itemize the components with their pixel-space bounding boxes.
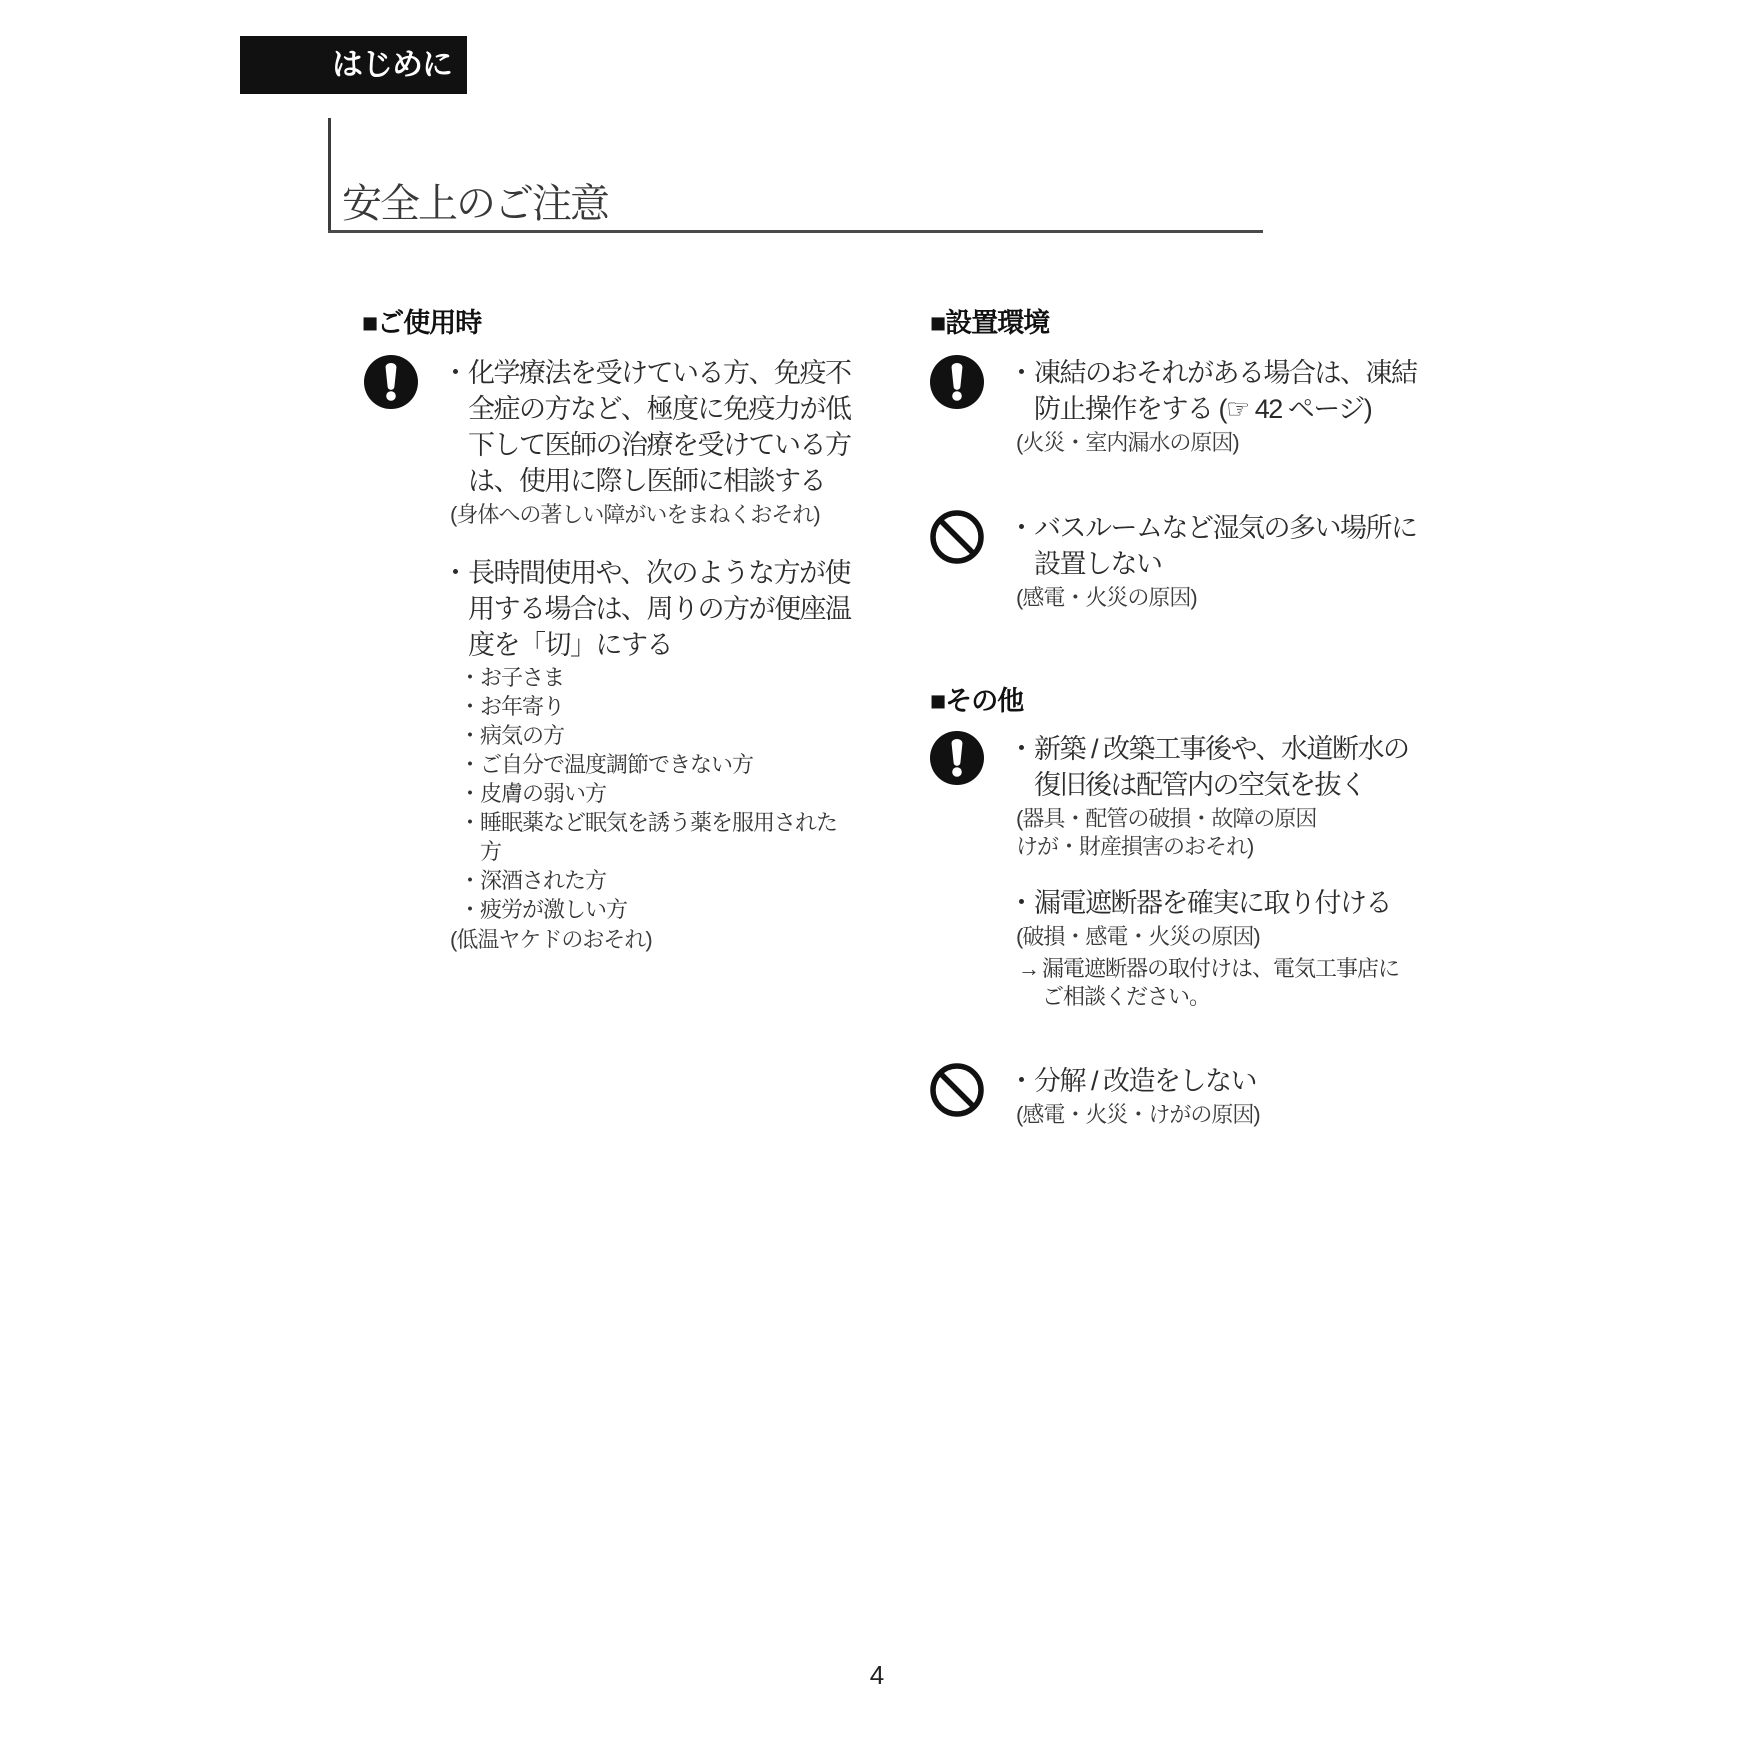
usage-group: ・ 化学療法を受けている方、免疫不 全症の方など、極度に免疫力が低 下して医師の… bbox=[364, 355, 864, 954]
other-item-2-referral-text: 漏電遮断器の取付けは、電気工事店に ご相談ください。 bbox=[1042, 955, 1399, 1011]
other-item-2-note: (破損・感電・火災の原因) bbox=[1016, 923, 1430, 951]
other-item-1: ・ 新築 / 改築工事後や、水道断水の 復旧後は配管内の空気を抜く bbox=[1008, 731, 1430, 803]
usage-item-2-text: 長時間使用や、次のような方が使 用する場合は、周りの方が便座温 度を「切」にする bbox=[468, 555, 851, 663]
bullet-dot: ・ bbox=[1008, 1063, 1034, 1099]
sub-list-item-text: 深酒された方 bbox=[480, 866, 606, 895]
bullet-dot: ・ bbox=[459, 692, 480, 721]
other-group-prohibition: ・ 分解 / 改造をしない (感電・火災・けがの原因) bbox=[930, 1063, 1430, 1129]
title-underline-rule bbox=[328, 230, 1263, 233]
bullet-dot: ・ bbox=[459, 721, 480, 750]
section-tab: はじめに bbox=[240, 36, 467, 94]
other-item-3: ・ 分解 / 改造をしない bbox=[1008, 1063, 1430, 1099]
bullet-dot: ・ bbox=[459, 866, 480, 895]
other-item-2-referral: → 漏電遮断器の取付けは、電気工事店に ご相談ください。 bbox=[1018, 955, 1430, 1011]
usage-sub-list: ・ お子さま ・ お年寄り ・ 病気の方 ・ ご自分で温度調節できない方 ・ bbox=[459, 663, 864, 924]
prohibition-circle-icon bbox=[930, 510, 984, 564]
usage-item-2-note: (低温ヤケドのおそれ) bbox=[450, 926, 864, 954]
exclamation-circle-icon bbox=[930, 731, 984, 785]
environment-item-2: ・ バスルームなど湿気の多い場所に 設置しない bbox=[1008, 510, 1430, 582]
environment-group-mandatory: ・ 凍結のおそれがある場合は、凍結 防止操作をする (☞ 42 ページ) (火災… bbox=[930, 355, 1430, 457]
sub-list-item: ・ お年寄り bbox=[459, 692, 864, 721]
environment-item-1-text: 凍結のおそれがある場合は、凍結 防止操作をする (☞ 42 ページ) bbox=[1034, 355, 1417, 427]
prohibition-circle-icon bbox=[930, 1063, 984, 1117]
heading-other: ■その他 bbox=[930, 679, 1023, 718]
usage-item-2: ・ 長時間使用や、次のような方が使 用する場合は、周りの方が便座温 度を「切」に… bbox=[442, 555, 864, 663]
sub-list-item-text: ご自分で温度調節できない方 bbox=[480, 750, 753, 779]
environment-item-1: ・ 凍結のおそれがある場合は、凍結 防止操作をする (☞ 42 ページ) bbox=[1008, 355, 1430, 427]
sub-list-item-text: 皮膚の弱い方 bbox=[480, 779, 606, 808]
bullet-dot: ・ bbox=[459, 779, 480, 808]
bullet-dot: ・ bbox=[442, 355, 468, 391]
environment-item-1-note: (火災・室内漏水の原因) bbox=[1016, 429, 1430, 457]
environment-group-prohibition: ・ バスルームなど湿気の多い場所に 設置しない (感電・火災の原因) bbox=[930, 510, 1430, 612]
sub-list-item-text: お子さま bbox=[480, 663, 564, 692]
bullet-dot: ・ bbox=[459, 895, 480, 924]
page-number: 4 bbox=[0, 1660, 1754, 1691]
sub-list-item: ・ 病気の方 bbox=[459, 721, 864, 750]
other-item-1-text: 新築 / 改築工事後や、水道断水の 復旧後は配管内の空気を抜く bbox=[1034, 731, 1408, 803]
bullet-dot: ・ bbox=[1008, 355, 1034, 391]
manual-page: はじめに 安全上のご注意 ■ご使用時 ・ 化学療法を受けている方、免疫不 全症の… bbox=[0, 0, 1754, 1754]
other-content-1: ・ 新築 / 改築工事後や、水道断水の 復旧後は配管内の空気を抜く (器具・配管… bbox=[1008, 731, 1430, 1011]
bullet-dot: ・ bbox=[1008, 510, 1034, 546]
usage-content: ・ 化学療法を受けている方、免疫不 全症の方など、極度に免疫力が低 下して医師の… bbox=[442, 355, 864, 954]
bullet-dot: ・ bbox=[1008, 885, 1034, 921]
sub-list-item: ・ お子さま bbox=[459, 663, 864, 692]
sub-list-item-text: お年寄り bbox=[480, 692, 564, 721]
exclamation-circle-icon bbox=[364, 355, 418, 409]
arrow-right-icon: → bbox=[1018, 955, 1042, 983]
sub-list-item: ・ 深酒された方 bbox=[459, 866, 864, 895]
title-vertical-rule bbox=[328, 118, 331, 233]
other-group-mandatory: ・ 新築 / 改築工事後や、水道断水の 復旧後は配管内の空気を抜く (器具・配管… bbox=[930, 731, 1430, 1011]
environment-item-2-note: (感電・火災の原因) bbox=[1016, 584, 1430, 612]
sub-list-item: ・ 皮膚の弱い方 bbox=[459, 779, 864, 808]
other-item-1-note: (器具・配管の破損・故障の原因 けが・財産損害のおそれ) bbox=[1016, 805, 1430, 861]
usage-item-1: ・ 化学療法を受けている方、免疫不 全症の方など、極度に免疫力が低 下して医師の… bbox=[442, 355, 864, 499]
page-title: 安全上のご注意 bbox=[342, 172, 608, 229]
sub-list-item-text: 疲労が激しい方 bbox=[480, 895, 627, 924]
environment-content-2: ・ バスルームなど湿気の多い場所に 設置しない (感電・火災の原因) bbox=[1008, 510, 1430, 612]
heading-environment: ■設置環境 bbox=[930, 301, 1049, 340]
environment-content-1: ・ 凍結のおそれがある場合は、凍結 防止操作をする (☞ 42 ページ) (火災… bbox=[1008, 355, 1430, 457]
bullet-dot: ・ bbox=[459, 663, 480, 692]
sub-list-item: ・ 疲労が激しい方 bbox=[459, 895, 864, 924]
other-item-3-text: 分解 / 改造をしない bbox=[1034, 1063, 1256, 1099]
usage-item-1-note: (身体への著しい障がいをまねくおそれ) bbox=[450, 501, 864, 529]
exclamation-circle-icon bbox=[930, 355, 984, 409]
sub-list-item: ・ ご自分で温度調節できない方 bbox=[459, 750, 864, 779]
other-item-2: ・ 漏電遮断器を確実に取り付ける bbox=[1008, 885, 1430, 921]
bullet-dot: ・ bbox=[1008, 731, 1034, 767]
environment-item-2-text: バスルームなど湿気の多い場所に 設置しない bbox=[1034, 510, 1417, 582]
bullet-dot: ・ bbox=[442, 555, 468, 591]
bullet-dot: ・ bbox=[459, 808, 480, 837]
heading-usage: ■ご使用時 bbox=[362, 301, 481, 340]
sub-list-item-text: 睡眠薬など眠気を誘う薬を服用された 方 bbox=[480, 808, 837, 866]
other-item-3-note: (感電・火災・けがの原因) bbox=[1016, 1101, 1430, 1129]
usage-item-1-text: 化学療法を受けている方、免疫不 全症の方など、極度に免疫力が低 下して医師の治療… bbox=[468, 355, 851, 499]
bullet-dot: ・ bbox=[459, 750, 480, 779]
sub-list-item-text: 病気の方 bbox=[480, 721, 564, 750]
other-item-2-text: 漏電遮断器を確実に取り付ける bbox=[1034, 885, 1391, 921]
sub-list-item: ・ 睡眠薬など眠気を誘う薬を服用された 方 bbox=[459, 808, 864, 866]
other-content-2: ・ 分解 / 改造をしない (感電・火災・けがの原因) bbox=[1008, 1063, 1430, 1129]
